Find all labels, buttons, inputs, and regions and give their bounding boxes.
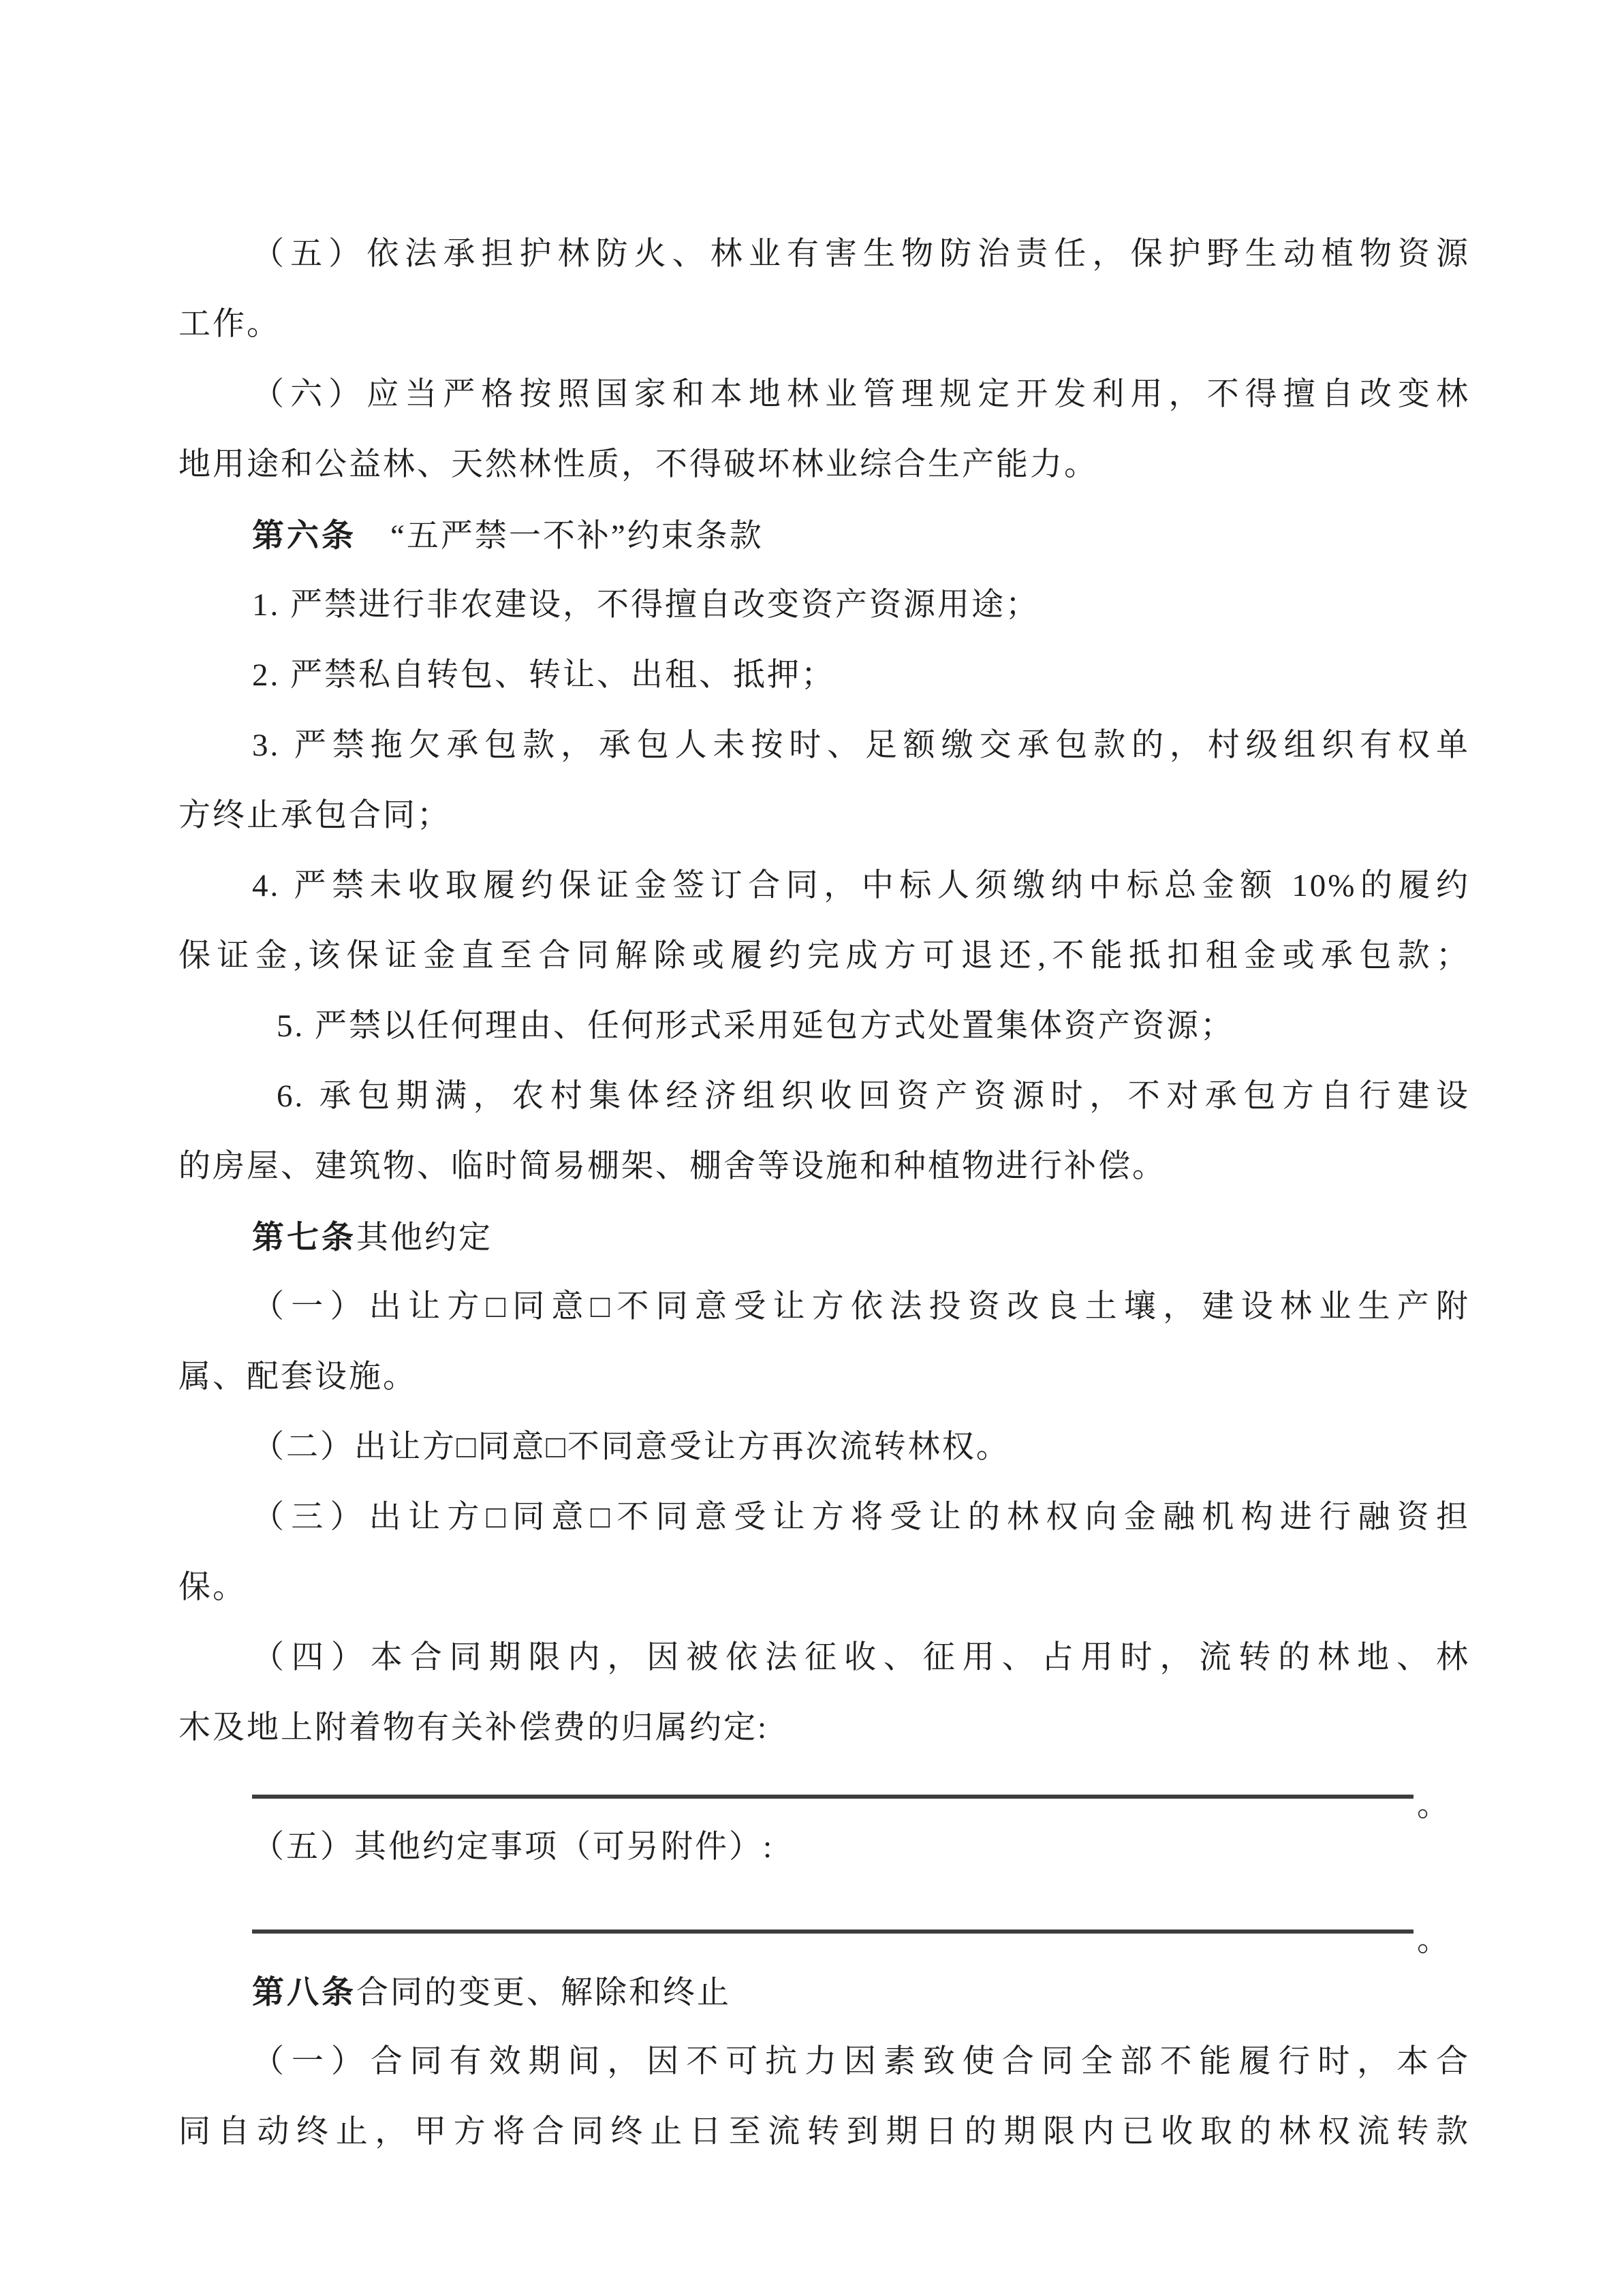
blank-fill-line: 。 [178,1882,1470,1934]
fill-in-blank-underline [252,1929,1414,1934]
text-line: 属、配套设施。 [178,1342,1470,1412]
document-body: （五）依法承担护林防火、林业有害生物防治责任，保护野生动植物资源工作。（六）应当… [178,219,1470,2167]
text-segment: （三）出让方□同意□不同意受让方将受让的林权向金融机构进行融资担 [252,1500,1470,1535]
text-segment: （六）应当严格按照国家和本地林业管理规定开发利用，不得擅自改变林 [252,377,1470,412]
text-segment: 6. 承包期满，农村集体经济组织收回资产资源时，不对承包方自行建设 [277,1079,1470,1114]
text-line: 2. 严禁私自转包、转让、出租、抵押； [178,640,1470,711]
text-line: （五）其他约定事项（可另附件）: [178,1812,1470,1882]
text-line: 保。 [178,1553,1470,1623]
text-segment: 属、配套设施。 [178,1359,417,1395]
text-line: 方终止承包合同； [178,781,1470,851]
period-after-blank: 。 [1417,1925,1451,1957]
period-after-blank: 。 [1417,1790,1451,1822]
text-line: 5. 严禁以任何理由、任何形式采用延包方式处置集体资产资源； [178,991,1470,1061]
text-segment: 地用途和公益林、天然林性质，不得破坏林业综合生产能力。 [178,447,1098,482]
text-segment: 木及地上附着物有关补偿费的归属约定: [178,1710,768,1746]
text-segment: 方终止承包合同； [178,798,451,833]
text-line: 木及地上附着物有关补偿费的归属约定: [178,1693,1470,1763]
text-line: 第七条其他约定 [178,1202,1470,1272]
text-segment: 3. 严禁拖欠承包款，承包人未按时、足额缴交承包款的，村级组织有权单 [252,728,1470,763]
text-segment: 的房屋、建筑物、临时简易棚架、棚舍等设施和种植物进行补偿。 [178,1149,1166,1184]
text-segment: 工作。 [178,307,281,342]
text-line: （六）应当严格按照国家和本地林业管理规定开发利用，不得擅自改变林 [178,360,1470,430]
text-line: 4. 严禁未收取履约保证金签订合同，中标人须缴纳中标总金额 10%的履约 [178,851,1470,921]
text-segment: 其他约定 [356,1220,493,1256]
text-segment: 2. 严禁私自转包、转让、出租、抵押； [252,657,835,693]
text-segment: （一）合同有效期间，因不可抗力因素致使合同全部不能履行时，本合 [252,2044,1470,2079]
text-line: （一）出让方□同意□不同意受让方依法投资改良土壤，建设林业生产附 [178,1272,1470,1342]
text-segment: （五）其他约定事项（可另附件）: [252,1829,774,1865]
text-line: 的房屋、建筑物、临时简易棚架、棚舍等设施和种植物进行补偿。 [178,1132,1470,1202]
text-segment: 同自动终止，甲方将合同终止日至流转到期日的期限内已收取的林权流转款 [178,2114,1470,2150]
text-line: 地用途和公益林、天然林性质，不得破坏林业综合生产能力。 [178,430,1470,500]
text-line: （三）出让方□同意□不同意受让方将受让的林权向金融机构进行融资担 [178,1483,1470,1553]
text-line: 第六条 “五严禁一不补”约束条款 [178,500,1470,570]
clause-heading: 第六条 [252,517,356,553]
fill-in-blank-underline [252,1795,1414,1799]
text-segment: 1. 严禁进行非农建设，不得擅自改变资产资源用途； [252,587,1040,623]
text-line: （五）依法承担护林防火、林业有害生物防治责任，保护野生动植物资源 [178,219,1470,290]
text-segment: 合同的变更、解除和终止 [356,1975,731,2011]
text-line: 3. 严禁拖欠承包款，承包人未按时、足额缴交承包款的，村级组织有权单 [178,711,1470,781]
clause-heading: 第八条 [252,1974,356,2010]
text-line: 工作。 [178,290,1470,360]
text-line: （一）合同有效期间，因不可抗力因素致使合同全部不能履行时，本合 [178,2027,1470,2097]
text-line: （四）本合同期限内，因被依法征收、征用、占用时，流转的林地、林 [178,1623,1470,1693]
text-segment: （一）出让方□同意□不同意受让方依法投资改良土壤，建设林业生产附 [252,1289,1470,1324]
text-line: 同自动终止，甲方将合同终止日至流转到期日的期限内已收取的林权流转款 [178,2097,1470,2167]
clause-heading: 第七条 [252,1219,356,1255]
text-segment: “五严禁一不补”约束条款 [356,518,764,554]
text-segment: 4. 严禁未收取履约保证金签订合同，中标人须缴纳中标总金额 10%的履约 [252,868,1470,903]
text-segment: （二）出让方□同意□不同意受让方再次流转林权。 [252,1429,1010,1465]
blank-fill-line: 。 [178,1763,1470,1799]
text-line: 6. 承包期满，农村集体经济组织收回资产资源时，不对承包方自行建设 [178,1061,1470,1132]
text-line: 保证金,该保证金直至合同解除或履约完成方可退还,不能抵扣租金或承包款； [178,921,1470,991]
text-line: 第八条合同的变更、解除和终止 [178,1957,1470,2027]
document-page: （五）依法承担护林防火、林业有害生物防治责任，保护野生动植物资源工作。（六）应当… [0,0,1624,2294]
text-segment: （五）依法承担护林防火、林业有害生物防治责任，保护野生动植物资源 [252,236,1470,272]
text-segment: 保。 [178,1570,247,1605]
text-line: （二）出让方□同意□不同意受让方再次流转林权。 [178,1412,1470,1483]
text-segment: （四）本合同期限内，因被依法征收、征用、占用时，流转的林地、林 [252,1640,1470,1675]
text-segment: 保证金,该保证金直至合同解除或履约完成方可退还,不能抵扣租金或承包款； [178,938,1470,974]
text-segment: 5. 严禁以任何理由、任何形式采用延包方式处置集体资产资源； [277,1008,1234,1044]
text-line: 1. 严禁进行非农建设，不得擅自改变资产资源用途； [178,570,1470,640]
